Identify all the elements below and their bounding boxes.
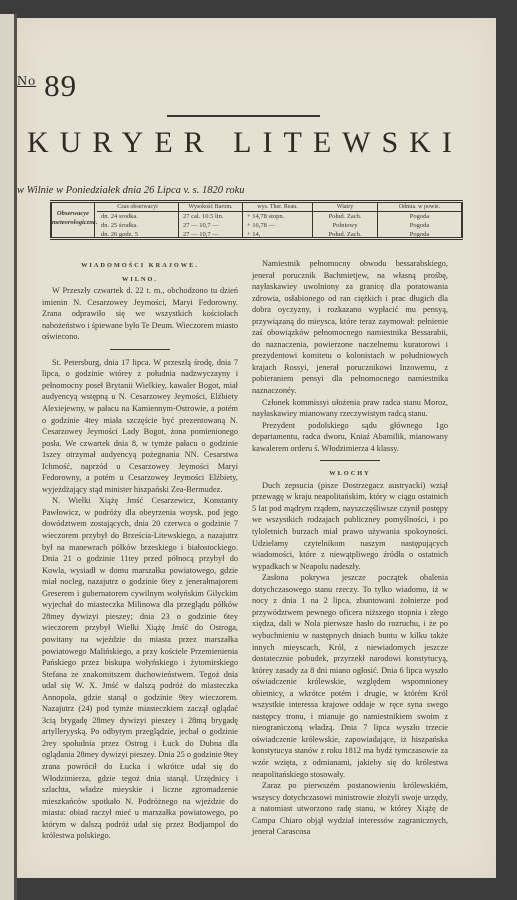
weather-cell: + 14,	[243, 230, 312, 239]
weather-row-label: Obserwacye meteorologiczne.	[50, 203, 95, 237]
weather-cell: dn. 25 środka.	[97, 221, 178, 230]
weather-cell: Pogoda	[378, 212, 461, 221]
adjacent-page-edge	[0, 14, 14, 900]
weather-table-border	[461, 203, 463, 237]
issue-number-value: 89	[44, 68, 77, 103]
weather-header: Odmia. w powie.	[378, 203, 461, 212]
weather-cell: 27 cal. 10.5 lin.	[179, 212, 242, 221]
article-paragraph: N. Wielki Xiążę Jmść Cesarzewicz, Konsta…	[42, 495, 238, 841]
article-separator	[110, 349, 170, 350]
weather-cell: 27 — 10,7 —	[179, 221, 242, 230]
article-paragraph: St. Petersburg, dnia 17 lipca. W przeszł…	[42, 357, 238, 496]
weather-cell: 27 — 10,7 —	[179, 230, 242, 239]
article-paragraph: Duch zepsucia (pisze Dostrzegacz austrya…	[252, 480, 448, 572]
weather-cell: + 16,78 —	[243, 221, 312, 230]
article-paragraph: Namiestnik pełnomocny obwodu bessarabski…	[252, 258, 448, 397]
article-paragraph: Zaraz po pierwszém postanowieniu królews…	[252, 780, 448, 838]
weather-col-conditions: Odmia. w powie. Pogoda Pogoda Pogoda	[378, 203, 461, 237]
weather-cell: Połud. Zach.	[313, 230, 377, 239]
newspaper-title: KURYER LITEWSKI	[17, 126, 496, 160]
weather-header: Wiatry	[313, 203, 377, 212]
weather-table: Obserwacye meteorologiczne. Czas obserwa…	[50, 200, 463, 240]
dateline: w Wilnie w Poniedziałek dnia 26 Lipca v.…	[17, 185, 496, 196]
article-paragraph: Zasłona pokrywa jeszcze początek obaleni…	[252, 572, 448, 780]
weather-col-time: Czas obserwacyi dn. 24 srodka. dn. 25 śr…	[97, 203, 179, 237]
weather-col-thermometer: wys. Ther. Reau. + 14,78 stopn. + 16,78 …	[243, 203, 313, 237]
subsection-heading-wilno: WILNO.	[42, 274, 238, 286]
weather-cell: dn. 26 godz. 5	[97, 230, 178, 239]
article-paragraph: W Przeszły czwartek d. 22 t. m., obchodz…	[42, 285, 238, 343]
masthead-rule	[167, 115, 320, 117]
weather-col-winds: Wiatry Połud. Zach. Połniowy Połud. Zach…	[313, 203, 378, 237]
article-separator	[320, 460, 380, 461]
weather-header: Czas obserwacyi	[97, 203, 178, 212]
section-heading-italy: WŁOCHY	[252, 468, 448, 480]
right-column: Namiestnik pełnomocny obwodu bessarabski…	[252, 258, 448, 838]
weather-header: Wysokość Barom.	[179, 203, 242, 212]
newspaper-page: No89 KURYER LITEWSKI w Wilnie w Poniedzi…	[17, 18, 496, 878]
weather-cell: Połud. Zach.	[313, 212, 377, 221]
weather-col-barometer: Wysokość Barom. 27 cal. 10.5 lin. 27 — 1…	[179, 203, 243, 237]
weather-cell: + 14,78 stopn.	[243, 212, 312, 221]
weather-header: wys. Ther. Reau.	[243, 203, 312, 212]
weather-cell: Pogoda	[378, 230, 461, 239]
section-heading-domestic: WIADOMOŚCI KRAJOWE.	[42, 260, 238, 272]
article-paragraph: Członek kommissyi ułożenia praw radca st…	[252, 397, 448, 420]
weather-cell: Połniowy	[313, 221, 377, 230]
weather-cell: dn. 24 srodka.	[97, 212, 178, 221]
left-column: WIADOMOŚCI KRAJOWE. WILNO. W Przeszły cz…	[42, 258, 238, 842]
article-paragraph: Prezydent podolskiego sądu głównego 1go …	[252, 420, 448, 455]
issue-prefix: No	[17, 74, 36, 89]
issue-number: No89	[17, 68, 496, 104]
weather-cell: Pogoda	[378, 221, 461, 230]
